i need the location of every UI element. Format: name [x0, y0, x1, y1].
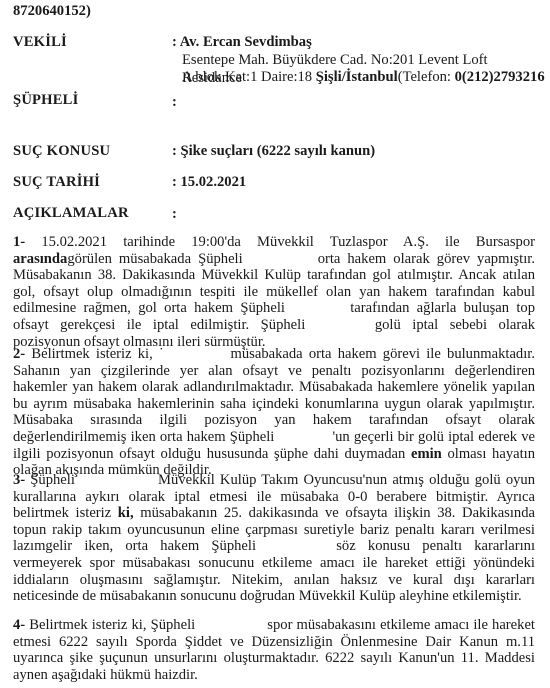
- paragraph-text: Şüpheli: [25, 472, 75, 488]
- field-label-aciklamalar: AÇIKLAMALAR: [13, 205, 129, 222]
- address-prefix: A blok Kat:1 Daire:18: [182, 69, 316, 85]
- paragraph-number: 1-: [13, 234, 25, 250]
- field-label-suc-konusu: SUÇ KONUSU: [13, 143, 110, 160]
- paragraph-text: Belirtmek isteriz ki, Şüpheli: [25, 617, 195, 633]
- field-label-vekili: VEKİLİ: [13, 34, 67, 51]
- phone-number: 0(212)2793216: [455, 69, 545, 85]
- field-value-suc-konusu: : Şike suçları (6222 sayılı kanun): [172, 142, 375, 160]
- continued-text: 8720640152): [13, 3, 91, 20]
- attorney-address-line2: A blok Kat:1 Daire:18 Şişli/İstanbul(Tel…: [182, 68, 545, 86]
- bold-text: emin: [411, 446, 442, 462]
- field-value-suc-tarihi: : 15.02.2021: [172, 173, 246, 191]
- address-city: Şişli/İstanbul: [316, 69, 398, 85]
- paragraph-number: 4-: [13, 617, 25, 633]
- paragraph-text: görülen müsabakada Şüpheli: [67, 251, 242, 267]
- paragraph-4: 4- Belirtmek isteriz ki, Şüpheli spor mü…: [13, 617, 535, 683]
- paragraph-1: 1- 15.02.2021 tarihinde 19:00'da Müvekki…: [13, 234, 535, 350]
- paragraph-text: 15.02.2021 tarihinde 19:00'da Müvekkil T…: [25, 234, 535, 250]
- field-label-suc-tarihi: SUÇ TARİHİ: [13, 174, 100, 191]
- field-value-supheli: :: [172, 93, 177, 111]
- bold-text: ki,: [118, 505, 134, 521]
- field-label-supheli: ŞÜPHELİ: [13, 92, 78, 109]
- paragraph-number: 2-: [13, 346, 25, 362]
- field-value-aciklamalar: :: [172, 205, 177, 223]
- paragraph-text: Belirtmek isteriz ki, ˙: [25, 346, 166, 362]
- paragraph-3: 3- Şüpheli Müvekkil Kulüp Takım Oyuncusu…: [13, 472, 535, 605]
- phone-label: (Telefon:: [398, 69, 455, 85]
- paragraph-2: 2- Belirtmek isteriz ki, ˙ müsabakada or…: [13, 346, 535, 479]
- attorney-name: : Av. Ercan Sevdimbaş: [172, 33, 312, 51]
- bold-text: arasında: [13, 251, 67, 267]
- paragraph-number: 3-: [13, 472, 25, 488]
